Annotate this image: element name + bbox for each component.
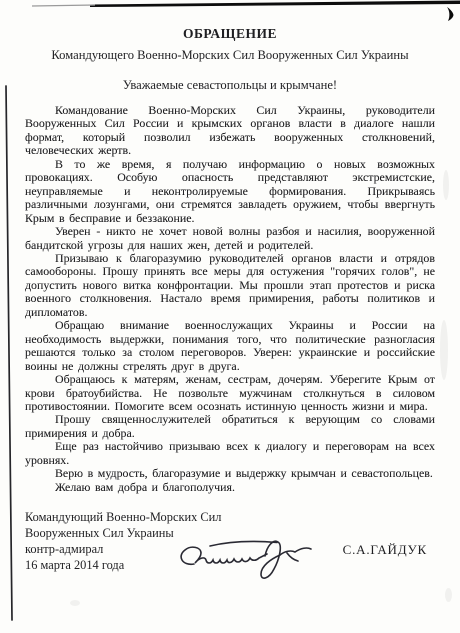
body-paragraph: Командование Военно-Морских Сил Украины,… <box>25 104 435 158</box>
signatory-name: С.А.ГАЙДУК <box>343 542 427 558</box>
body-paragraph: Обращаюсь к матерям, женам, сестрам, доч… <box>25 373 435 413</box>
handwritten-signature <box>177 533 317 589</box>
scan-smudge <box>443 170 449 200</box>
document-subtitle: Командующего Военно-Морских Сил Вооружен… <box>25 48 435 62</box>
scan-corner-mark-icon <box>444 6 458 22</box>
body-paragraph: Желаю вам добра и благополучия. <box>25 481 435 494</box>
document-content: ОБРАЩЕНИЕ Командующего Военно-Морских Си… <box>25 26 435 619</box>
body-paragraph: В то же время, я получаю информацию о но… <box>25 158 435 225</box>
body-paragraph: Призываю к благоразумию руководителей ор… <box>25 252 435 319</box>
document-body: Командование Военно-Морских Сил Украины,… <box>25 104 435 494</box>
scan-edge-left-line <box>0 80 20 633</box>
salutation-line: Уважаемые севастопольцы и крымчане! <box>25 78 435 92</box>
scanned-document-page: ОБРАЩЕНИЕ Командующего Военно-Морских Си… <box>0 0 460 633</box>
body-paragraph: Верю в мудрость, благоразумие и выдержку… <box>25 467 435 480</box>
body-paragraph: Уверен - никто не хочет новой волны разб… <box>25 225 435 252</box>
body-paragraph: Обращаю внимание военнослужащих Украины … <box>25 319 435 373</box>
body-paragraph: Прошу священнослужителей обратиться к ве… <box>25 413 435 440</box>
scan-smudge <box>445 588 452 602</box>
document-title: ОБРАЩЕНИЕ <box>25 26 435 41</box>
signature-block: Командующий Военно-Морских Сил Вооруженн… <box>25 509 435 619</box>
body-paragraph: Еще раз настойчиво призываю всех к диало… <box>25 440 435 467</box>
scan-smudge <box>440 320 448 380</box>
scan-edge-top-line <box>0 0 460 10</box>
closing-line-position-1: Командующий Военно-Морских Сил <box>25 509 435 525</box>
